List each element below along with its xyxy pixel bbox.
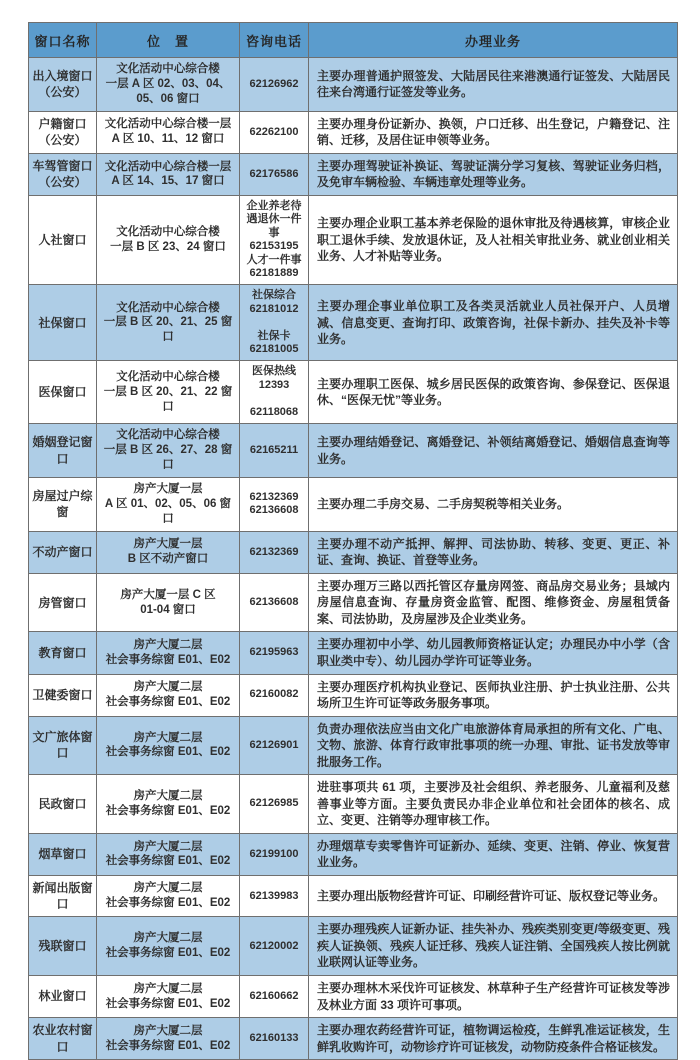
column-header-window-name: 窗口名称 [29, 23, 97, 58]
cell-phone: 62165211 [240, 424, 309, 478]
column-header-services: 办理业务 [309, 23, 678, 58]
table-row: 教育窗口房产大厦二层 社会事务综窗 E01、E0262195963主要办理初中小… [29, 632, 678, 674]
cell-name: 卫健委窗口 [29, 674, 97, 716]
cell-name: 人社窗口 [29, 196, 97, 285]
cell-services: 主要办理驾驶证补换证、驾驶证满分学习复核、驾驶证业务归档，及免审车辆检验、车辆违… [309, 153, 678, 195]
table-row: 户籍窗口 （公安）文化活动中心综合楼一层 A 区 10、11、12 窗口6226… [29, 111, 678, 153]
table-row: 残联窗口房产大厦二层 社会事务综窗 E01、E0262120002主要办理残疾人… [29, 917, 678, 976]
cell-location: 文化活动中心综合楼 一层 A 区 02、03、04、 05、06 窗口 [97, 58, 240, 112]
cell-name: 医保窗口 [29, 361, 97, 424]
table-row: 不动产窗口房产大厦一层 B 区不动产窗口62132369主要办理不动产抵押、解押… [29, 531, 678, 573]
table-row: 人社窗口文化活动中心综合楼 一层 B 区 23、24 窗口企业养老待遇退休一件事… [29, 196, 678, 285]
cell-name: 婚姻登记窗口 [29, 424, 97, 478]
cell-name: 新闻出版窗口 [29, 876, 97, 917]
table-row: 卫健委窗口房产大厦二层 社会事务综窗 E01、E0262160082主要办理医疗… [29, 674, 678, 716]
cell-services: 主要办理企业职工基本养老保险的退休审批及待遇核算，审核企业职工退休手续、发放退休… [309, 196, 678, 285]
table-row: 房管窗口房产大厦一层 C 区 01-04 窗口62136608主要办理万三路以西… [29, 573, 678, 632]
cell-location: 房产大厦二层 社会事务综窗 E01、E02 [97, 716, 240, 775]
table-row: 车驾管窗口 （公安）文化活动中心综合楼一层 A 区 14、15、17 窗口621… [29, 153, 678, 195]
cell-phone: 62120002 [240, 917, 309, 976]
cell-services: 主要办理不动产抵押、解押、司法协助、转移、变更、更正、补证、查询、换证、首登等业… [309, 531, 678, 573]
cell-location: 房产大厦二层 社会事务综窗 E01、E02 [97, 674, 240, 716]
table-row: 农业农村窗口房产大厦二层 社会事务综窗 E01、E0262160133主要办理农… [29, 1018, 678, 1060]
table-row: 社保窗口文化活动中心综合楼 一层 B 区 20、21、25 窗口社保综合 621… [29, 285, 678, 361]
cell-location: 文化活动中心综合楼一层 A 区 14、15、17 窗口 [97, 153, 240, 195]
cell-name: 房屋过户综窗 [29, 477, 97, 531]
cell-name: 农业农村窗口 [29, 1018, 97, 1060]
cell-name: 教育窗口 [29, 632, 97, 674]
table-row: 出入境窗口 （公安）文化活动中心综合楼 一层 A 区 02、03、04、 05、… [29, 58, 678, 112]
cell-services: 主要办理出版物经营许可证、印刷经营许可证、版权登记等业务。 [309, 876, 678, 917]
cell-services: 主要办理万三路以西托管区存量房网签、商品房交易业务；县域内房屋信息查询、存量房资… [309, 573, 678, 632]
cell-phone: 62199100 [240, 833, 309, 875]
table-row: 房屋过户综窗房产大厦一层 A 区 01、02、05、06 窗口62132369 … [29, 477, 678, 531]
cell-location: 文化活动中心综合楼 一层 B 区 26、27、28 窗口 [97, 424, 240, 478]
cell-location: 房产大厦一层 A 区 01、02、05、06 窗口 [97, 477, 240, 531]
cell-phone: 医保热线 12393 62118068 [240, 361, 309, 424]
cell-name: 林业窗口 [29, 976, 97, 1018]
table-row: 医保窗口文化活动中心综合楼 一层 B 区 20、21、22 窗口医保热线 123… [29, 361, 678, 424]
cell-location: 房产大厦二层 社会事务综窗 E01、E02 [97, 775, 240, 834]
cell-name: 民政窗口 [29, 775, 97, 834]
table-row: 婚姻登记窗口文化活动中心综合楼 一层 B 区 26、27、28 窗口621652… [29, 424, 678, 478]
cell-phone: 62160662 [240, 976, 309, 1018]
cell-services: 主要办理医疗机构执业登记、医师执业注册、护士执业注册、公共场所卫生许可证等政务服… [309, 674, 678, 716]
cell-name: 残联窗口 [29, 917, 97, 976]
cell-location: 房产大厦二层 社会事务综窗 E01、E02 [97, 632, 240, 674]
cell-location: 文化活动中心综合楼 一层 B 区 20、21、22 窗口 [97, 361, 240, 424]
cell-name: 户籍窗口 （公安） [29, 111, 97, 153]
cell-phone: 62160133 [240, 1018, 309, 1060]
cell-name: 车驾管窗口 （公安） [29, 153, 97, 195]
service-window-directory-table: 窗口名称 位 置 咨询电话 办理业务 出入境窗口 （公安）文化活动中心综合楼 一… [28, 22, 678, 1060]
cell-services: 主要办理农药经营许可证，植物调运检疫，生鲜乳准运证核发，生鲜乳收购许可，动物诊疗… [309, 1018, 678, 1060]
cell-services: 主要办理林木采伐许可证核发、林草种子生产经营许可证核发等涉及林业方面 33 项许… [309, 976, 678, 1018]
cell-phone: 62132369 [240, 531, 309, 573]
cell-phone: 62139983 [240, 876, 309, 917]
cell-services: 办理烟草专卖零售许可证新办、延续、变更、注销、停业、恢复营业业务。 [309, 833, 678, 875]
cell-phone: 62176586 [240, 153, 309, 195]
cell-name: 社保窗口 [29, 285, 97, 361]
cell-services: 主要办理企事业单位职工及各类灵活就业人员社保开户、人员增减、信息变更、查询打印、… [309, 285, 678, 361]
cell-location: 文化活动中心综合楼 一层 B 区 23、24 窗口 [97, 196, 240, 285]
table-row: 新闻出版窗口房产大厦二层 社会事务综窗 E01、E0262139983主要办理出… [29, 876, 678, 917]
cell-location: 房产大厦二层 社会事务综窗 E01、E02 [97, 976, 240, 1018]
cell-services: 主要办理初中小学、幼儿园教师资格证认定；办理民办中小学（含职业类中专）、幼儿园办… [309, 632, 678, 674]
cell-services: 主要办理身份证新办、换领，户口迁移、出生登记，户籍登记、注销、迁移，及居住证申领… [309, 111, 678, 153]
cell-name: 不动产窗口 [29, 531, 97, 573]
cell-location: 房产大厦一层 C 区 01-04 窗口 [97, 573, 240, 632]
cell-location: 房产大厦二层 社会事务综窗 E01、E02 [97, 876, 240, 917]
cell-phone: 社保综合 62181012 社保卡 62181005 [240, 285, 309, 361]
cell-services: 主要办理普通护照签发、大陆居民往来港澳通行证签发、大陆居民往来台湾通行证签发等业… [309, 58, 678, 112]
cell-phone: 62126985 [240, 775, 309, 834]
cell-location: 房产大厦二层 社会事务综窗 E01、E02 [97, 1018, 240, 1060]
table-row: 林业窗口房产大厦二层 社会事务综窗 E01、E0262160662主要办理林木采… [29, 976, 678, 1018]
column-header-location: 位 置 [97, 23, 240, 58]
cell-name: 文广旅体窗口 [29, 716, 97, 775]
table-row: 烟草窗口房产大厦二层 社会事务综窗 E01、E0262199100办理烟草专卖零… [29, 833, 678, 875]
page: 窗口名称 位 置 咨询电话 办理业务 出入境窗口 （公安）文化活动中心综合楼 一… [0, 0, 700, 990]
cell-services: 主要办理结婚登记、离婚登记、补领结离婚登记、婚姻信息查询等业务。 [309, 424, 678, 478]
cell-services: 主要办理残疾人证新办证、挂失补办、残疾类别变更/等级变更、残疾人证换领、残疾人证… [309, 917, 678, 976]
cell-name: 烟草窗口 [29, 833, 97, 875]
cell-phone: 62126901 [240, 716, 309, 775]
cell-services: 进驻事项共 61 项，主要涉及社会组织、养老服务、儿童福利及慈善事业等方面。主要… [309, 775, 678, 834]
header-row: 窗口名称 位 置 咨询电话 办理业务 [29, 23, 678, 58]
cell-location: 房产大厦二层 社会事务综窗 E01、E02 [97, 917, 240, 976]
table-body: 出入境窗口 （公安）文化活动中心综合楼 一层 A 区 02、03、04、 05、… [29, 58, 678, 1060]
cell-name: 房管窗口 [29, 573, 97, 632]
cell-phone: 62132369 62136608 [240, 477, 309, 531]
column-header-phone: 咨询电话 [240, 23, 309, 58]
cell-phone: 企业养老待遇退休一件事 62153195 人才一件事 62181889 [240, 196, 309, 285]
cell-name: 出入境窗口 （公安） [29, 58, 97, 112]
cell-services: 负责办理依法应当由文化广电旅游体育局承担的所有文化、广电、文物、旅游、体育行政审… [309, 716, 678, 775]
cell-phone: 62136608 [240, 573, 309, 632]
cell-phone: 62262100 [240, 111, 309, 153]
cell-location: 文化活动中心综合楼一层 A 区 10、11、12 窗口 [97, 111, 240, 153]
cell-location: 房产大厦二层 社会事务综窗 E01、E02 [97, 833, 240, 875]
cell-services: 主要办理二手房交易、二手房契税等相关业务。 [309, 477, 678, 531]
cell-location: 文化活动中心综合楼 一层 B 区 20、21、25 窗口 [97, 285, 240, 361]
cell-location: 房产大厦一层 B 区不动产窗口 [97, 531, 240, 573]
cell-phone: 62195963 [240, 632, 309, 674]
cell-phone: 62126962 [240, 58, 309, 112]
cell-services: 主要办理职工医保、城乡居民医保的政策咨询、参保登记、医保退休、“医保无忧”等业务… [309, 361, 678, 424]
table-row: 民政窗口房产大厦二层 社会事务综窗 E01、E0262126985进驻事项共 6… [29, 775, 678, 834]
table-row: 文广旅体窗口房产大厦二层 社会事务综窗 E01、E0262126901负责办理依… [29, 716, 678, 775]
cell-phone: 62160082 [240, 674, 309, 716]
